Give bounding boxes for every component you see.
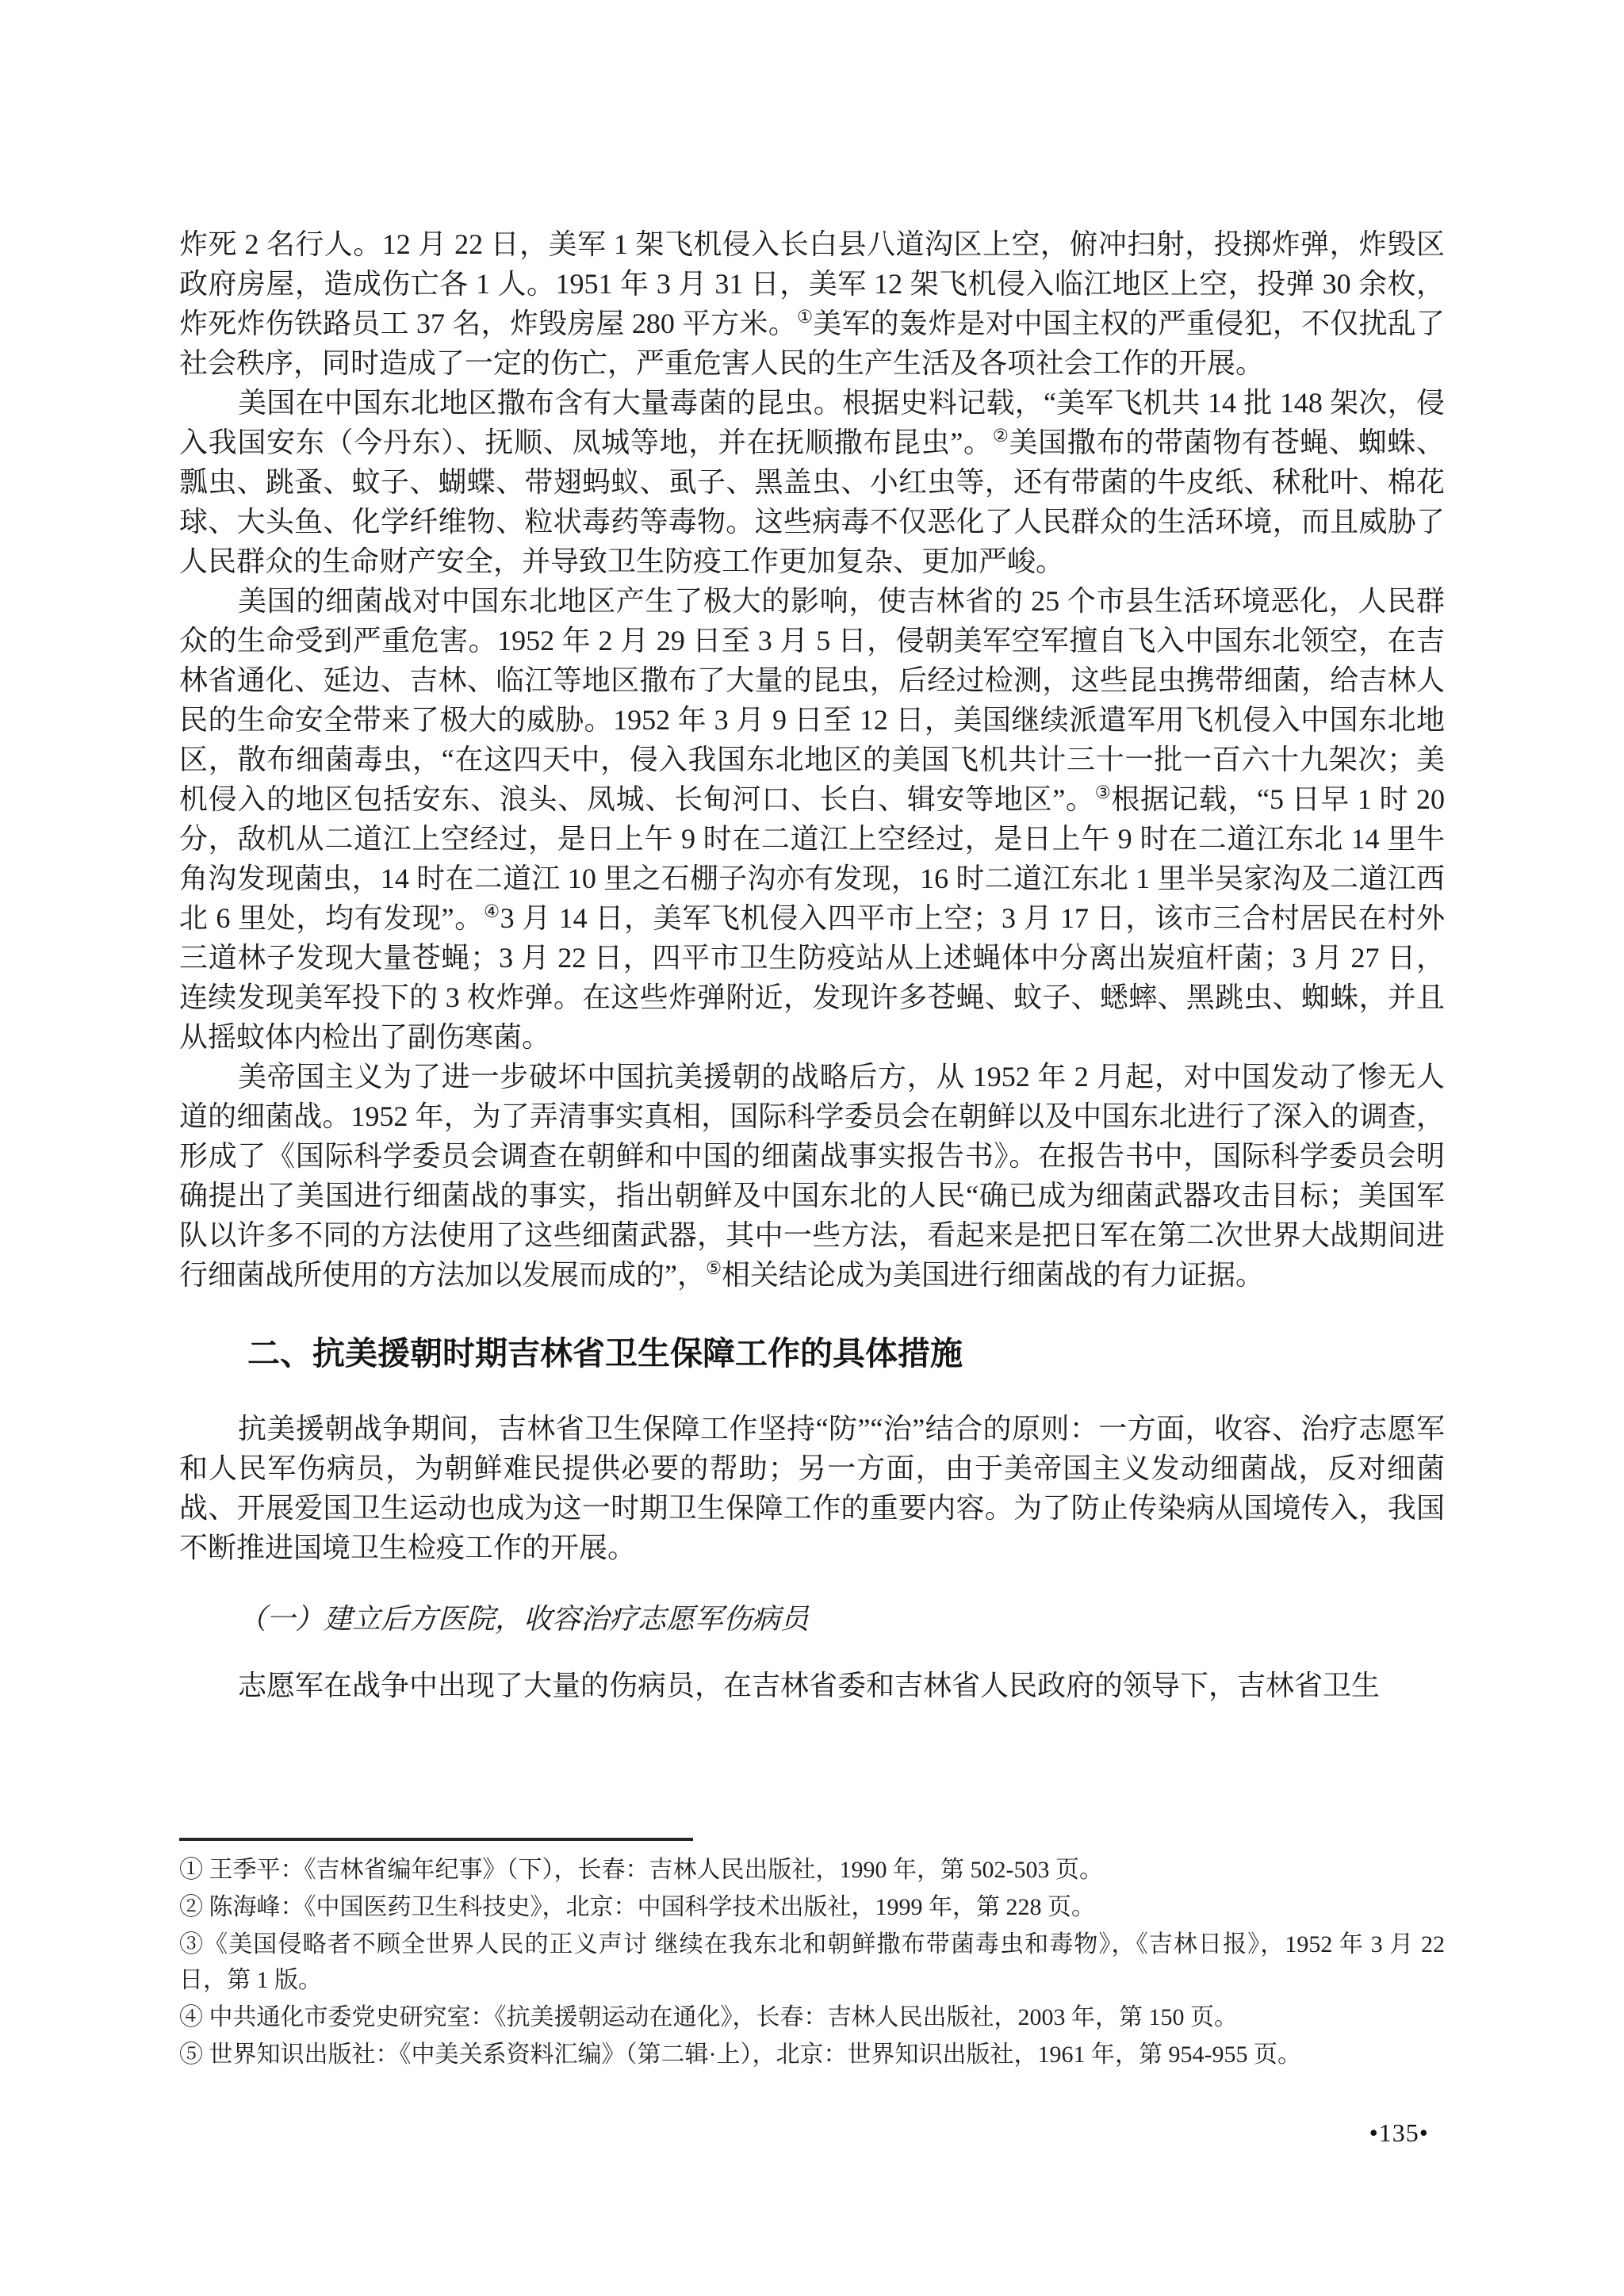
body-paragraph: 美国在中国东北地区撒布含有大量毒菌的昆虫。根据史料记载，“美军飞机共 14 批 …: [179, 383, 1445, 581]
footnote-item: ③《美国侵略者不顾全世界人民的正义声讨 继续在我东北和朝鲜撒布带菌毒虫和毒物》，…: [179, 1927, 1445, 1998]
footnote-marker: ③: [1095, 783, 1112, 802]
section-heading: 二、抗美援朝时期吉林省卫生保障工作的具体措施: [179, 1331, 1445, 1376]
document-page: 炸死 2 名行人。12 月 22 日，美军 1 架飞机侵入长白县八道沟区上空，俯…: [0, 0, 1624, 2296]
body-paragraph: 美国的细菌战对中国东北地区产生了极大的影响，使吉林省的 25 个市县生活环境恶化…: [179, 581, 1445, 1057]
footnote-separator-rule: [179, 1838, 693, 1841]
footnote-item: ⑤ 世界知识出版社：《中美关系资料汇编》（第二辑·上），北京：世界知识出版社，1…: [179, 2037, 1445, 2072]
body-text: 炸死 2 名行人。12 月 22 日，美军 1 架飞机侵入长白县八道沟区上空，俯…: [179, 224, 1445, 1705]
body-paragraph: 志愿军在战争中出现了大量的伤病员，在吉林省委和吉林省人民政府的领导下，吉林省卫生: [179, 1666, 1445, 1705]
footnote-marker: ⑤: [706, 1258, 722, 1278]
footnote-item: ④ 中共通化市委党史研究室：《抗美援朝运动在通化》，长春：吉林人民出版社，200…: [179, 1999, 1445, 2035]
page-number: •135•: [1369, 2118, 1429, 2148]
body-paragraph: 美帝国主义为了进一步破坏中国抗美援朝的战略后方，从 1952 年 2 月起，对中…: [179, 1057, 1445, 1295]
footnote-marker: ①: [797, 307, 813, 327]
footnote-marker: ④: [484, 901, 500, 921]
body-paragraph: 炸死 2 名行人。12 月 22 日，美军 1 架飞机侵入长白县八道沟区上空，俯…: [179, 224, 1445, 383]
footnote-marker: ②: [993, 426, 1009, 446]
body-paragraph: 抗美援朝战争期间，吉林省卫生保障工作坚持“防”“治”结合的原则：一方面，收容、治…: [179, 1409, 1445, 1567]
footnotes-section: ① 王季平：《吉林省编年纪事》（下），长春：吉林人民出版社，1990 年，第 5…: [179, 1838, 1445, 2074]
footnote-list: ① 王季平：《吉林省编年纪事》（下），长春：吉林人民出版社，1990 年，第 5…: [179, 1852, 1445, 2072]
subsection-heading: （一）建立后方医院，收容治疗志愿军伤病员: [179, 1599, 1445, 1639]
footnote-item: ① 王季平：《吉林省编年纪事》（下），长春：吉林人民出版社，1990 年，第 5…: [179, 1852, 1445, 1888]
footnote-item: ② 陈海峰：《中国医药卫生科技史》，北京：中国科学技术出版社，1999 年，第 …: [179, 1889, 1445, 1925]
